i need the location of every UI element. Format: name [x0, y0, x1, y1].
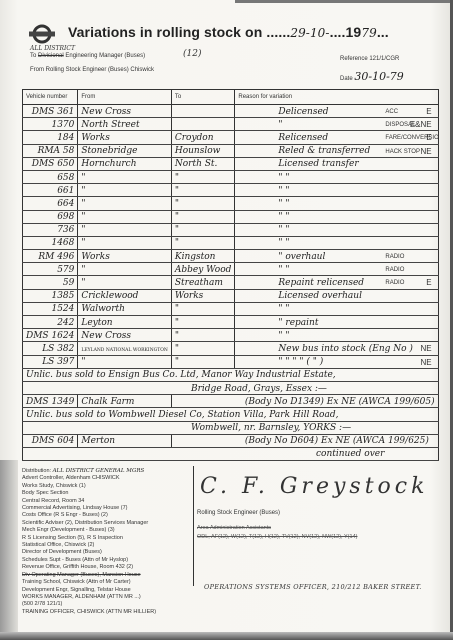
- table-row: LS 382LEYLAND NATIONAL WORKINGTON"New bu…: [23, 342, 439, 355]
- reason-text: " repaint: [238, 318, 318, 328]
- to-garage: ": [171, 342, 235, 355]
- operations-address: OPERATIONS SYSTEMS OFFICER, 210/212 BAKE…: [204, 583, 422, 591]
- table-row: 59"StreathamRepaint relicensedRADIOE: [23, 276, 439, 289]
- from-garage: Chalk Farm: [78, 395, 171, 408]
- reason-text: New bus into stock (Eng No ): [238, 344, 413, 354]
- vehicle-number: 1385: [23, 289, 78, 302]
- from-garage-text: ": [81, 225, 85, 235]
- sale-line-1: Unlic. bus sold to Wombwell Diesel Co, S…: [23, 408, 439, 421]
- distribution-item: R S Licensing Section (5), R S Inspectio…: [22, 535, 192, 542]
- from-garage-text: ": [81, 265, 85, 275]
- vehicle-number-text: DMS 361: [32, 107, 75, 117]
- vehicle-number: 59: [23, 276, 78, 289]
- table-row: 661""" ": [23, 184, 439, 197]
- vehicle-number-text: 664: [57, 199, 74, 209]
- reason-text: " ": [238, 212, 289, 222]
- from-garage-text: LEYLAND NATIONAL WORKINGTON: [81, 348, 167, 353]
- from-garage-text: Merton: [81, 436, 115, 446]
- table-row: DMS 650HornchurchNorth St.Licensed trans…: [23, 157, 439, 170]
- from-garage-text: ": [81, 173, 85, 183]
- vehicle-number-text: 661: [57, 186, 74, 196]
- from-garage: North Street: [78, 118, 171, 131]
- date-line: Date 30-10-79: [340, 70, 404, 83]
- reason-text: Licensed transfer: [238, 159, 358, 169]
- from-garage: Stonebridge: [78, 144, 171, 157]
- reason: Reled & transferredHACK STOPNE: [235, 144, 438, 157]
- distribution-inserted: ALL DISTRICT GENERAL MGRS: [53, 468, 145, 474]
- vehicle-number-text: 1385: [51, 291, 74, 301]
- reason: " ": [235, 170, 438, 183]
- to-garage: ": [171, 236, 235, 249]
- from-garage-text: New Cross: [81, 107, 131, 117]
- vehicle-number-text: DMS 1624: [26, 331, 74, 341]
- from-garage-text: ": [81, 199, 85, 209]
- to-garage: ": [171, 197, 235, 210]
- from-garage-text: ": [81, 278, 85, 288]
- from-garage: ": [78, 263, 171, 276]
- reason-text: Repaint relicensed: [238, 278, 364, 288]
- from-garage: ": [78, 170, 171, 183]
- sale-line-2-text: Wombwell, nr. Barnsley, YORKS :—: [26, 423, 351, 433]
- reason-text: " ": [238, 304, 289, 314]
- reason-text: " ": [238, 225, 289, 235]
- vehicle-number: 698: [23, 210, 78, 223]
- reason-text: " ": [238, 199, 289, 209]
- table-row: DMS 361New CrossDelicensedACCE: [23, 105, 439, 118]
- vehicle-number: DMS 361: [23, 105, 78, 118]
- table-row: 736""" ": [23, 223, 439, 236]
- distribution-item: Development Engr, Signalling, Telstar Ho…: [22, 587, 192, 594]
- table-row: DMS 1624New Cross"" ": [23, 329, 439, 342]
- category-note: HACK STOP: [385, 149, 420, 155]
- from-garage: ": [78, 197, 171, 210]
- area-code: E: [426, 133, 431, 142]
- signature-caption: Rolling Stock Engineer (Buses): [197, 510, 280, 516]
- reason: " ": [235, 302, 438, 315]
- vehicle-number-text: 59: [63, 278, 74, 288]
- area-code: NE: [421, 147, 432, 156]
- from-garage-text: Cricklewood: [81, 291, 138, 301]
- sale-detail-text: (Body No D1349) Ex NE (AWCA 199/605): [175, 397, 435, 407]
- vehicle-number-text: 698: [57, 212, 74, 222]
- table-row: 579"Abbey Wood" "RADIO: [23, 263, 439, 276]
- to-text: Engineering Manager (Buses): [65, 53, 145, 59]
- from-garage-text: Works: [81, 133, 109, 143]
- reason-text: " ": [238, 186, 289, 196]
- to-garage: [171, 105, 235, 118]
- title-text: Variations in rolling stock on: [68, 24, 262, 40]
- to-garage: Croydon: [171, 131, 235, 144]
- to-garage: ": [171, 302, 235, 315]
- to-garage-text: ": [175, 186, 179, 196]
- from-garage: Merton: [78, 434, 171, 447]
- reason: " ": [235, 329, 438, 342]
- sale-line-1-text: Unlic. bus sold to Ensign Bus Co. Ltd, M…: [26, 370, 336, 380]
- reason: DelicensedACCE: [235, 105, 438, 118]
- reason-text: " overhaul: [238, 252, 325, 262]
- distribution-label: Distribution: ALL DISTRICT GENERAL MGRS: [22, 468, 192, 475]
- to-garage: [171, 118, 235, 131]
- vehicle-number-text: DMS 650: [32, 159, 75, 169]
- from-garage-text: Stonebridge: [81, 146, 137, 156]
- to-garage-text: ": [175, 331, 179, 341]
- distribution-item: Training School, Chiswick (Attn of Mr Ca…: [22, 579, 192, 586]
- vehicle-number-text: 658: [57, 173, 74, 183]
- to-garage: ": [171, 329, 235, 342]
- to-line: To Divisional Engineering Manager (Buses…: [30, 53, 145, 59]
- to-garage-text: ": [175, 344, 179, 354]
- reason: " ": [235, 184, 438, 197]
- distribution-item: Statistical Office, Chiswick (2): [22, 542, 192, 549]
- table-row: 184WorksCroydonRelicensedFARE/CONVERSION…: [23, 131, 439, 144]
- table-row: RMA 58StonebridgeHounslowReled & transfe…: [23, 144, 439, 157]
- area-code: NE: [421, 344, 432, 353]
- table-row: 698""" ": [23, 210, 439, 223]
- sale-line-1-cell: Unlic. bus sold to Wombwell Diesel Co, S…: [23, 408, 439, 421]
- vehicle-number: 184: [23, 131, 78, 144]
- distribution-item: Body Spec Section: [22, 490, 192, 497]
- document-page: Variations in rolling stock on ......29-…: [0, 0, 453, 640]
- reason-text: " " " " ( " ): [238, 357, 323, 367]
- vehicle-number-text: 242: [57, 318, 74, 328]
- reason: " ": [235, 197, 438, 210]
- table-row: DMS 1349Chalk Farm(Body No D1349) Ex NE …: [23, 395, 439, 408]
- to-garage: ": [171, 223, 235, 236]
- to-garage-text: ": [175, 357, 179, 367]
- reason: "DISPOSALE&NE: [235, 118, 438, 131]
- to-garage: Abbey Wood: [171, 263, 235, 276]
- distribution-item: Works Study, Chiswick (1): [22, 483, 192, 490]
- reason: Repaint relicensedRADIOE: [235, 276, 438, 289]
- distribution-item: Revenue Office, Griffith House, Room 432…: [22, 564, 192, 571]
- table-row: RM 496WorksKingston" overhaulRADIO: [23, 250, 439, 263]
- continued-note-cell: continued over: [23, 447, 439, 460]
- variations-table: Vehicle number From To Reason for variat…: [22, 89, 439, 461]
- table-row: LS 397""" " " " ( " )NE: [23, 355, 439, 368]
- from-garage-text: ": [81, 238, 85, 248]
- from-garage: ": [78, 223, 171, 236]
- from-garage: Works: [78, 250, 171, 263]
- table-row: 1370North Street"DISPOSALE&NE: [23, 118, 439, 131]
- from-garage-text: Walworth: [81, 304, 125, 314]
- to-garage-text: ": [175, 238, 179, 248]
- reason-text: Reled & transferred: [238, 146, 370, 156]
- table-row: 664""" ": [23, 197, 439, 210]
- vehicle-number-text: DMS 604: [32, 436, 75, 446]
- to-garage-text: ": [175, 212, 179, 222]
- table-header: Vehicle number From To Reason for variat…: [23, 90, 439, 105]
- distribution-item: Schedules Supt - Buses (Attn of Mr Hyslo…: [22, 557, 192, 564]
- from-garage-text: ": [81, 186, 85, 196]
- sale-detail-text: (Body No D604) Ex NE (AWCA 199/625): [175, 436, 429, 446]
- from-garage-text: North Street: [81, 120, 139, 130]
- struck-line-2: ODL, AF(12), W(12), T(12), H(12), TV(12)…: [197, 534, 357, 540]
- to-garage-text: Croydon: [175, 133, 214, 143]
- vehicle-number-text: 1370: [51, 120, 74, 130]
- to-garage: ": [171, 316, 235, 329]
- table-row: 1385CricklewoodWorksLicensed overhaul: [23, 289, 439, 302]
- vehicle-number: DMS 1349: [23, 395, 78, 408]
- distribution-items: Advert Controller, Aldenham CHISWICKWork…: [22, 475, 192, 616]
- vehicle-number-text: LS 382: [42, 344, 74, 354]
- vehicle-number: 658: [23, 170, 78, 183]
- from-garage: ": [78, 184, 171, 197]
- sale-line-1-text: Unlic. bus sold to Wombwell Diesel Co, S…: [26, 410, 338, 420]
- table-row: 658""" ": [23, 170, 439, 183]
- distribution-item: Commercial Advertising, Lindsay House (7…: [22, 505, 192, 512]
- sheet-number: (12): [183, 49, 201, 59]
- vehicle-number: 1524: [23, 302, 78, 315]
- from-garage-text: ": [81, 212, 85, 222]
- reason-text: ": [238, 120, 282, 130]
- to-garage-text: ": [175, 304, 179, 314]
- to-garage: ": [171, 170, 235, 183]
- year-suffix: 79: [361, 26, 376, 40]
- struck-line-1: Area Administration Assistants: [197, 525, 357, 531]
- table-row: 1468""" ": [23, 236, 439, 249]
- from-garage-text: Hornchurch: [81, 159, 136, 169]
- reason: New bus into stock (Eng No )NE: [235, 342, 438, 355]
- london-transport-roundel-icon: [28, 24, 56, 44]
- from-line: From Rolling Stock Engineer (Buses) Chis…: [30, 67, 154, 73]
- to-garage: ": [171, 355, 235, 368]
- area-code: E: [426, 107, 431, 116]
- area-code: E&NE: [410, 120, 432, 129]
- sale-line-2-text: Bridge Road, Grays, Essex :—: [26, 384, 327, 394]
- to-garage: Streatham: [171, 276, 235, 289]
- distribution-item: TRAINING OFFICER, CHISWICK (ATTN MR HILL…: [22, 609, 192, 616]
- reason-text: " ": [238, 238, 289, 248]
- sale-line-1-cell: Unlic. bus sold to Ensign Bus Co. Ltd, M…: [23, 368, 439, 381]
- vehicle-number: LS 382: [23, 342, 78, 355]
- struck-admin: Area Administration Assistants ODL, AF(1…: [197, 525, 357, 540]
- reason: " ": [235, 236, 438, 249]
- table-row: 242Leyton"" repaint: [23, 316, 439, 329]
- variation-date: 29-10-: [290, 26, 329, 40]
- reason-text: " ": [238, 173, 289, 183]
- to-garage: Hounslow: [171, 144, 235, 157]
- from-garage-text: Works: [81, 252, 109, 262]
- to-garage-text: Abbey Wood: [175, 265, 232, 275]
- from-garage-text: New Cross: [81, 331, 131, 341]
- from-garage: Works: [78, 131, 171, 144]
- to-garage-text: ": [175, 199, 179, 209]
- table-row: DMS 604Merton(Body No D604) Ex NE (AWCA …: [23, 434, 439, 447]
- reason: " ": [235, 223, 438, 236]
- from-garage: New Cross: [78, 105, 171, 118]
- from-garage: ": [78, 355, 171, 368]
- reason: RelicensedFARE/CONVERSIONE: [235, 131, 438, 144]
- to-garage: North St.: [171, 157, 235, 170]
- col-to: To: [171, 90, 235, 105]
- col-from: From: [78, 90, 171, 105]
- distribution-item: Central Record, Room 34: [22, 498, 192, 505]
- signature: C. F. Greystock: [200, 474, 428, 499]
- reason-text: " ": [238, 265, 289, 275]
- to-garage: Kingston: [171, 250, 235, 263]
- distribution-item: Mech Engr (Development - Buses) (3): [22, 527, 192, 534]
- to-garage-text: Works: [175, 291, 203, 301]
- distribution-item: (500 2/78 121/1): [22, 601, 192, 608]
- vehicle-number: 1370: [23, 118, 78, 131]
- category-note: RADIO: [385, 254, 404, 260]
- to-garage-text: ": [175, 318, 179, 328]
- reason: " overhaulRADIO: [235, 250, 438, 263]
- from-garage-text: Chalk Farm: [81, 397, 134, 407]
- vehicle-number: 242: [23, 316, 78, 329]
- to-garage-text: ": [175, 225, 179, 235]
- reason: " repaint: [235, 316, 438, 329]
- vehicle-number-text: DMS 1349: [26, 397, 74, 407]
- reason: Licensed transfer: [235, 157, 438, 170]
- reason-text: Relicensed: [238, 133, 328, 143]
- reason: " "RADIO: [235, 263, 438, 276]
- vehicle-number-text: 1468: [51, 238, 74, 248]
- from-garage: Cricklewood: [78, 289, 171, 302]
- from-garage: ": [78, 236, 171, 249]
- scan-shadow-top: [235, 0, 453, 3]
- scan-shadow-left: [0, 460, 18, 640]
- vehicle-number: 661: [23, 184, 78, 197]
- distribution-item: Div Operating Manager (Buses), Mansion H…: [22, 572, 192, 579]
- vehicle-number-text: 736: [57, 225, 74, 235]
- vehicle-number: DMS 1624: [23, 329, 78, 342]
- reason: " ": [235, 210, 438, 223]
- to-garage-text: North St.: [175, 159, 218, 169]
- category-note: RADIO: [385, 280, 404, 286]
- sale-detail: (Body No D1349) Ex NE (AWCA 199/605): [171, 395, 438, 408]
- vehicle-number-text: LS 397: [42, 357, 74, 367]
- from-garage-text: ": [81, 357, 85, 367]
- date-value: 30-10-79: [354, 70, 403, 83]
- reference: Reference 121/1/CGR: [340, 56, 399, 62]
- continued-note: continued over: [23, 447, 439, 460]
- from-garage: ": [78, 210, 171, 223]
- to-garage: ": [171, 210, 235, 223]
- vehicle-number: DMS 604: [23, 434, 78, 447]
- reason: Licensed overhaul: [235, 289, 438, 302]
- sale-detail: (Body No D604) Ex NE (AWCA 199/625): [171, 434, 438, 447]
- vehicle-number-text: RMA 58: [38, 146, 75, 156]
- year-prefix: 19: [346, 24, 362, 40]
- from-garage: ": [78, 276, 171, 289]
- table-row: 1524Walworth"" ": [23, 302, 439, 315]
- vehicle-number-text: 1524: [51, 304, 74, 314]
- from-garage: New Cross: [78, 329, 171, 342]
- vehicle-number-text: 184: [57, 133, 74, 143]
- distribution-item: Scientific Adviser (2), Distribution Ser…: [22, 520, 192, 527]
- vehicle-number-text: RM 496: [38, 252, 74, 262]
- col-vehicle: Vehicle number: [23, 90, 78, 105]
- distribution-item: Costs Office (R S Engr - Buses) (2): [22, 512, 192, 519]
- from-garage: Walworth: [78, 302, 171, 315]
- reason-text: Delicensed: [238, 107, 328, 117]
- from-garage: LEYLAND NATIONAL WORKINGTON: [78, 342, 171, 355]
- sale-line-2: Wombwell, nr. Barnsley, YORKS :—: [23, 421, 439, 434]
- to-garage: Works: [171, 289, 235, 302]
- scan-shadow-bottom: [0, 632, 453, 640]
- continued-note-text: continued over: [26, 449, 384, 459]
- vehicle-number: 736: [23, 223, 78, 236]
- vehicle-number: DMS 650: [23, 157, 78, 170]
- area-code: E: [426, 278, 431, 287]
- to-garage-text: ": [175, 173, 179, 183]
- category-note: ACC: [385, 109, 398, 115]
- form-title: Variations in rolling stock on ......29-…: [68, 24, 389, 40]
- from-garage: Leyton: [78, 316, 171, 329]
- to-garage-text: Kingston: [175, 252, 216, 262]
- from-garage-text: Leyton: [81, 318, 112, 328]
- to-garage-text: Hounslow: [175, 146, 220, 156]
- to-garage: ": [171, 184, 235, 197]
- vehicle-number: RMA 58: [23, 144, 78, 157]
- sale-line-2-cell: Bridge Road, Grays, Essex :—: [23, 381, 439, 394]
- reason-text: Licensed overhaul: [238, 291, 362, 301]
- category-note: RADIO: [385, 267, 404, 273]
- sale-line-2-cell: Wombwell, nr. Barnsley, YORKS :—: [23, 421, 439, 434]
- vehicle-number: 664: [23, 197, 78, 210]
- reason: " " " " ( " )NE: [235, 355, 438, 368]
- sale-line-2: Bridge Road, Grays, Essex :—: [23, 381, 439, 394]
- vehicle-number: 579: [23, 263, 78, 276]
- from-garage: Hornchurch: [78, 157, 171, 170]
- distribution-list: Distribution: ALL DISTRICT GENERAL MGRS …: [22, 468, 192, 616]
- distribution-item: WORKS MANAGER, ALDENHAM (ATTN MR ...): [22, 594, 192, 601]
- distribution-item: Advert Controller, Aldenham CHISWICK: [22, 475, 192, 482]
- vehicle-number: RM 496: [23, 250, 78, 263]
- vehicle-number: 1468: [23, 236, 78, 249]
- col-reason: Reason for variation: [235, 90, 438, 105]
- to-garage-text: Streatham: [175, 278, 223, 288]
- vehicle-number-text: 579: [57, 265, 74, 275]
- date-label: Date: [340, 76, 353, 82]
- distribution-item: Director of Development (Buses): [22, 549, 192, 556]
- sale-line-1: Unlic. bus sold to Ensign Bus Co. Ltd, M…: [23, 368, 439, 381]
- reason-text: " ": [238, 331, 289, 341]
- vehicle-number: LS 397: [23, 355, 78, 368]
- to-inserted: ALL DISTRICT: [30, 45, 75, 52]
- to-struck: Divisional: [38, 53, 64, 59]
- area-code: NE: [421, 358, 432, 367]
- to-label: To: [30, 53, 36, 59]
